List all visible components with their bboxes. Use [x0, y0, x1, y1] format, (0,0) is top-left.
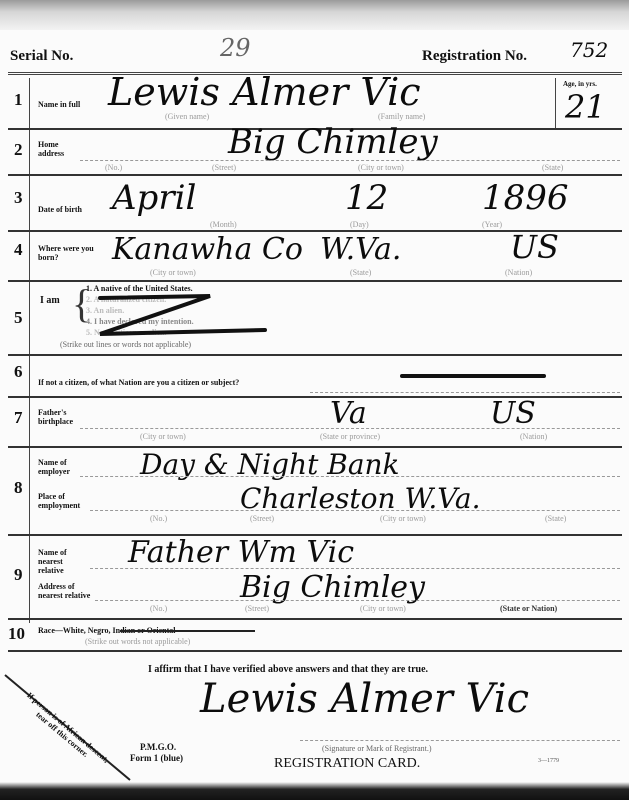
home-address-value: Big Chimley: [228, 122, 438, 162]
row-divider: [8, 354, 622, 356]
employer-label: Name of employer: [38, 458, 78, 476]
birth-day-value: 12: [345, 178, 388, 218]
caption: (Street): [250, 514, 274, 523]
dotted-line: [95, 600, 620, 601]
caption: (Year): [482, 220, 502, 229]
row-4-number: 4: [14, 240, 23, 260]
row-9-number: 9: [14, 565, 23, 585]
home-address-label: Home address: [38, 140, 78, 158]
dotted-line: [310, 392, 620, 393]
scan-bottom-edge: [0, 782, 629, 800]
birth-nation-value: US: [510, 228, 559, 266]
registration-value: 752: [570, 38, 608, 62]
row-1-number: 1: [14, 90, 23, 110]
caption: (State or Nation): [500, 604, 557, 613]
caption: (City or town): [380, 514, 426, 523]
strike-through-mark: [90, 288, 270, 340]
caption: (No.): [150, 514, 167, 523]
caption: (No.): [150, 604, 167, 613]
dotted-line: [80, 160, 620, 161]
caption: (City or town): [360, 604, 406, 613]
dotted-line: [90, 568, 620, 569]
nearest-relative-value: Father Wm Vic: [128, 535, 354, 570]
affirmation-text: I affirm that I have verified above answ…: [148, 664, 428, 675]
dotted-line: [90, 510, 620, 511]
birthplace-label: Where were you born?: [38, 244, 103, 262]
row-5-number: 5: [14, 308, 23, 328]
name-value: Lewis Almer Vic: [108, 70, 421, 114]
nearest-relative-label: Name of nearest relative: [38, 548, 83, 575]
caption: (State or province): [320, 432, 380, 441]
birth-year-value: 1896: [482, 178, 569, 218]
date-of-birth-label: Date of birth: [38, 205, 82, 214]
row-divider: [8, 280, 622, 282]
row-6-number: 6: [14, 362, 23, 382]
caption: (State): [545, 514, 566, 523]
row-10-number: 10: [8, 624, 25, 644]
serial-value: 29: [220, 34, 251, 62]
caption: (City or town): [150, 268, 196, 277]
signature-caption: (Signature or Mark of Registrant.): [322, 744, 432, 753]
race-note: (Strike out words not applicable): [85, 637, 190, 646]
row-divider: [8, 618, 622, 620]
caption: (State): [350, 268, 371, 277]
strike-note: (Strike out lines or words not applicabl…: [60, 340, 191, 349]
form-code: 3—1779: [538, 758, 559, 764]
age-value: 21: [565, 88, 606, 126]
birth-state-value: W.Va.: [320, 232, 401, 267]
name-label: Name in full: [38, 100, 80, 109]
dotted-line: [80, 428, 620, 429]
pmgo-label: P.M.G.O.: [140, 742, 176, 752]
father-state-value: Va: [330, 396, 367, 431]
row-divider: [8, 650, 622, 652]
given-name-caption: (Given name): [165, 112, 209, 121]
registration-label: Registration No.: [422, 48, 527, 65]
caption: (No.): [105, 163, 122, 172]
fathers-birthplace-label: Father's birthplace: [38, 408, 78, 426]
number-column-line: [29, 78, 30, 623]
caption: (City or town): [140, 432, 186, 441]
dotted-line: [80, 476, 620, 477]
caption: (Street): [212, 163, 236, 172]
family-name-caption: (Family name): [378, 112, 425, 121]
citizenship-dash: [400, 374, 546, 378]
caption: (State): [542, 163, 563, 172]
caption: (Street): [245, 604, 269, 613]
caption: (Nation): [520, 432, 547, 441]
row-2-number: 2: [14, 140, 23, 160]
place-of-employment-label: Place of employment: [38, 492, 88, 510]
row-7-number: 7: [14, 408, 23, 428]
row-8-number: 8: [14, 478, 23, 498]
caption: (Month): [210, 220, 237, 229]
scan-top-edge: [0, 0, 629, 30]
row-3-number: 3: [14, 188, 23, 208]
caption: (Nation): [505, 268, 532, 277]
signature: Lewis Almer Vic: [200, 676, 529, 722]
father-nation-value: US: [490, 396, 536, 431]
age-divider: [555, 78, 556, 128]
i-am-label: I am: [40, 296, 60, 305]
dotted-line: [300, 740, 620, 741]
race-strike: [120, 630, 255, 632]
caption: (City or town): [358, 163, 404, 172]
registration-card-title: REGISTRATION CARD.: [274, 756, 420, 772]
caption: (Day): [350, 220, 369, 229]
birth-month-value: April: [112, 178, 196, 218]
citizenship-label: If not a citizen, of what Nation are you…: [38, 378, 239, 387]
serial-label: Serial No.: [10, 48, 73, 65]
relative-address-label: Address of nearest relative: [38, 582, 98, 600]
birth-city-value: Kanawha Co: [112, 232, 303, 267]
row-divider: [8, 174, 622, 176]
